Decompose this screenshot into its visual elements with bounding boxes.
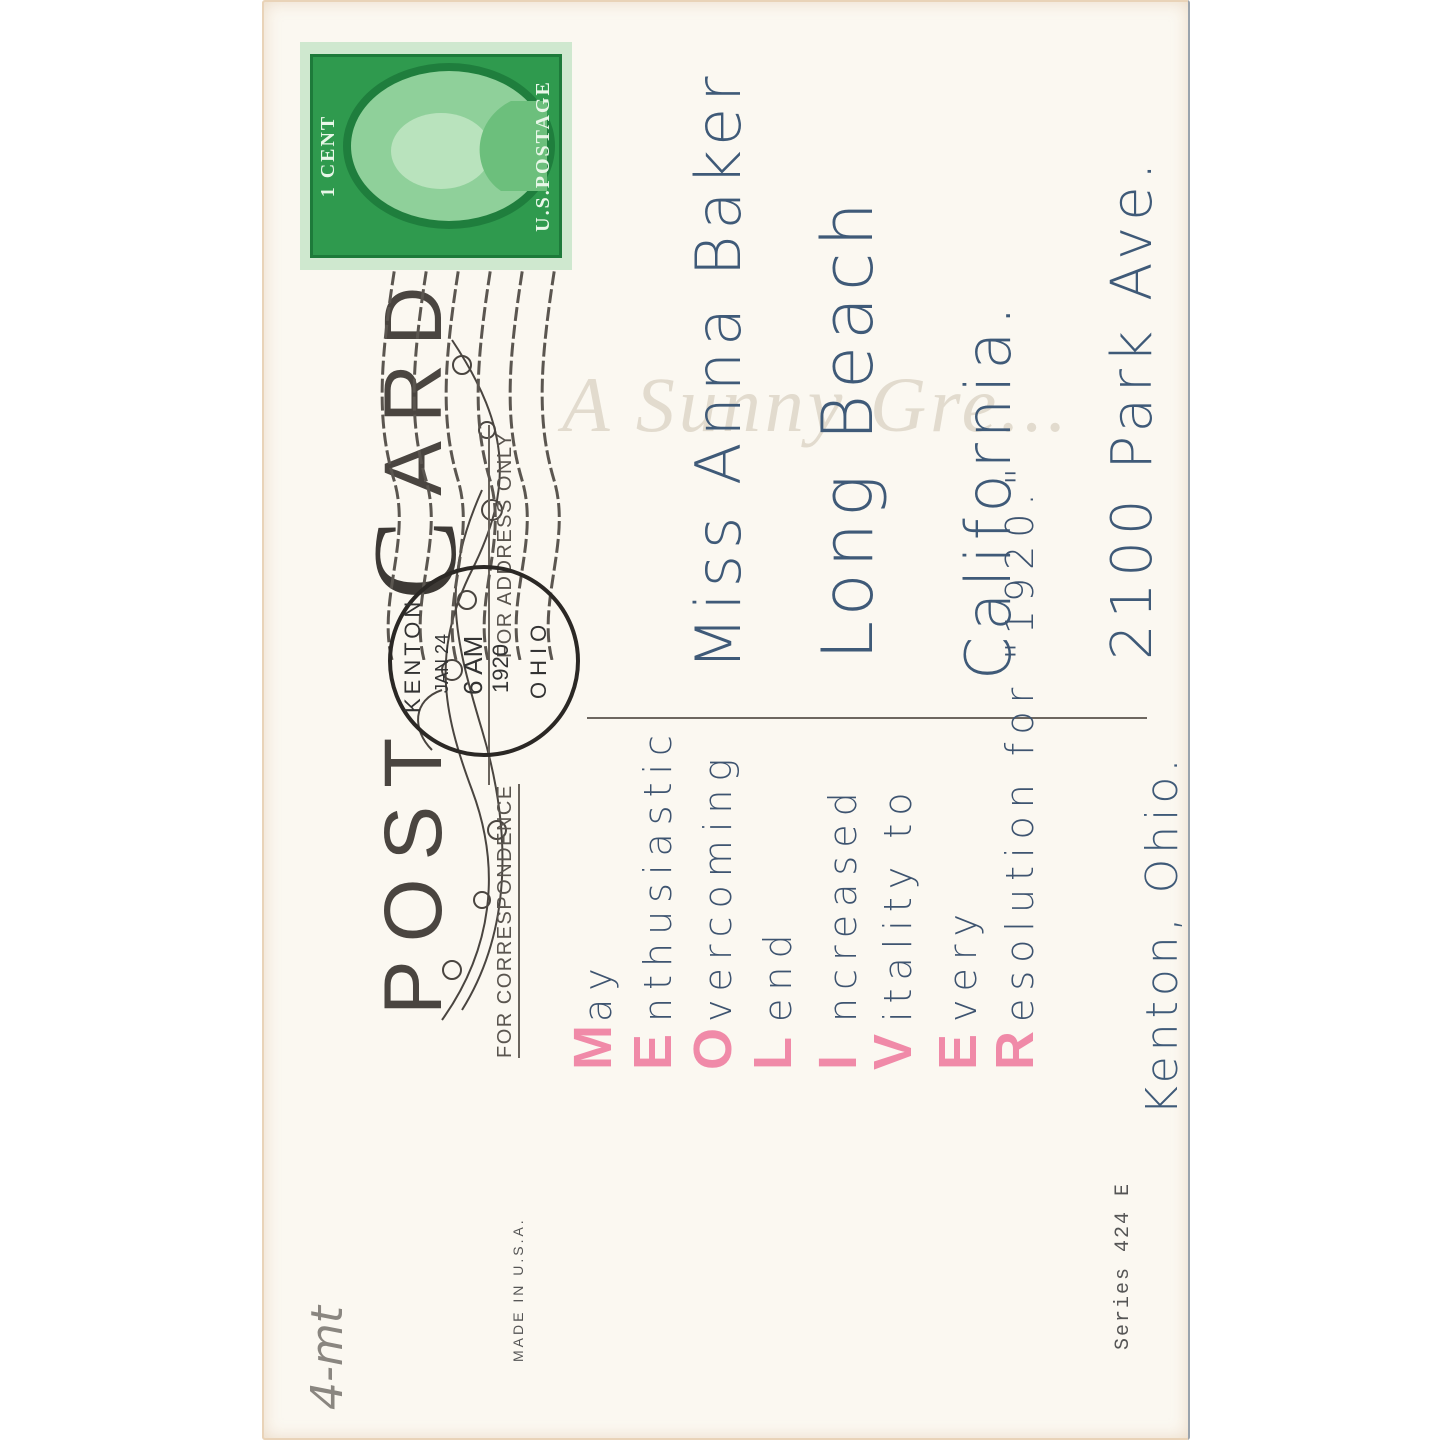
made-in-usa-label: MADE IN U.S.A. [510, 1217, 526, 1362]
message-line: Enthusiastic [622, 727, 684, 1070]
series-number: Series 424 E [1112, 1182, 1135, 1350]
message-text: vercoming [696, 751, 740, 1022]
address-line-4: 2100 Park Ave. [1100, 156, 1165, 660]
postage-stamp: 1 CENT U.S.POSTAGE [300, 42, 572, 270]
center-divider-line [587, 717, 1147, 719]
postmark-year: 1920 [488, 644, 514, 693]
acrostic-initial: E [927, 1022, 989, 1070]
message-line: Increased [807, 784, 869, 1070]
acrostic-initial: M [562, 1022, 624, 1070]
message-text: ncreased [821, 784, 865, 1022]
pencil-note: 4-mt [302, 1306, 353, 1410]
acrostic-initial: I [807, 1022, 869, 1070]
stamp-label-bottom: U.S.POSTAGE [532, 57, 555, 255]
message-text: itality to [876, 785, 920, 1022]
postmark-state: OHIO [526, 619, 552, 699]
message-line: Overcoming [682, 751, 744, 1070]
postmark-circle: KENTON 6 AM JAN 24 1920 OHIO [388, 565, 580, 757]
acrostic-initial: L [742, 1022, 804, 1070]
message-line: May [562, 960, 624, 1070]
postmark-city: KENTON [400, 598, 426, 713]
message-line: Lend [742, 926, 804, 1070]
message-text: esolution for "1920." [998, 460, 1042, 1022]
message-line: Vitality to [862, 785, 924, 1070]
acrostic-initial: O [682, 1022, 744, 1070]
acrostic-initial: V [862, 1022, 924, 1070]
postcard-back-rotated: A Sunny Gre... POSTCARD FOR CORRESPONDEN… [262, 0, 1190, 1440]
message-text: end [756, 926, 800, 1022]
for-correspondence-label: FOR CORRESPONDENCE [494, 784, 520, 1058]
message-text: nthusiastic [636, 727, 680, 1022]
franklin-portrait-icon [343, 63, 555, 229]
message-line: Every [927, 906, 989, 1070]
postmark-date: JAN 24 [432, 634, 453, 693]
stamp-label-top: 1 CENT [317, 57, 340, 255]
message-text: very [941, 906, 985, 1022]
postcard: A Sunny Gre... POSTCARD FOR CORRESPONDEN… [262, 0, 1190, 1440]
address-line-2: Long Beach [807, 196, 889, 660]
signature: Kenton, Ohio. [1137, 753, 1188, 1115]
postmark-time: 6 AM [458, 636, 489, 695]
address-line-1: Miss Anna Baker [682, 70, 755, 670]
message-line: Resolution for "1920." [984, 460, 1046, 1070]
acrostic-initial: E [622, 1022, 684, 1070]
acrostic-initial: R [984, 1022, 1046, 1070]
message-text: ay [576, 960, 620, 1022]
